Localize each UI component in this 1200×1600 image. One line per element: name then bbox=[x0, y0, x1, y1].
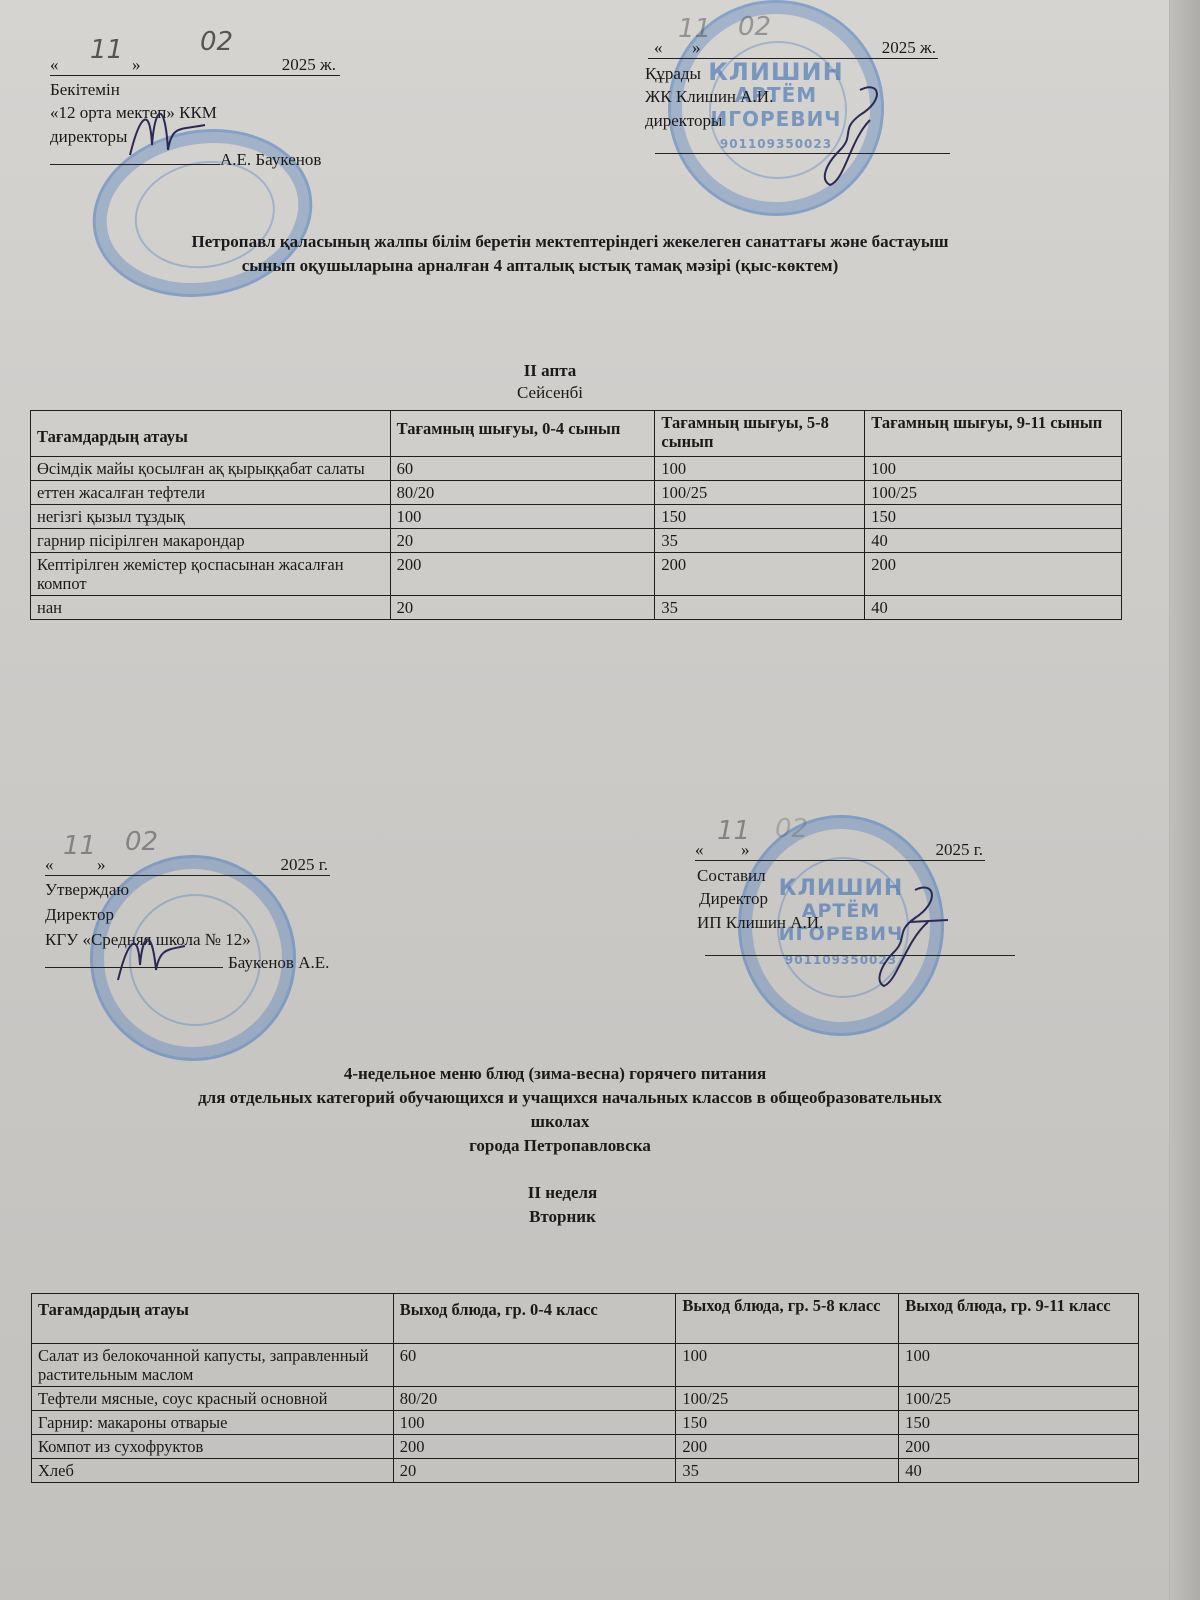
kz-right-date-month: 02 bbox=[738, 18, 771, 37]
ru-left-signatory: Баукенов А.Е. bbox=[228, 953, 329, 972]
signature-icon bbox=[800, 80, 890, 190]
kz-header-grade-0-4: Тағамның шығуы, 0-4 сынып bbox=[390, 411, 655, 457]
table-row: Өсімдік майы қосылған ақ қырыққабат сала… bbox=[31, 457, 1122, 481]
ru-right-entrepreneur: ИП Клишин А.И. bbox=[697, 913, 823, 932]
kz-right-position: директоры bbox=[645, 111, 722, 130]
ru-left-date-line: « 11 » 02 2025 г. bbox=[45, 855, 330, 876]
ru-header-grade-5-8: Выход блюда, гр. 5-8 класс bbox=[676, 1294, 899, 1344]
table-row: Гарнир: макароны отварые100150150 bbox=[32, 1411, 1139, 1435]
ru-header-grade-0-4: Выход блюда, гр. 0-4 класс bbox=[393, 1294, 676, 1344]
table-row: Хлеб203540 bbox=[32, 1459, 1139, 1483]
ru-left-date-year: 2025 г. bbox=[280, 855, 328, 874]
kz-right-date-year: 2025 ж. bbox=[882, 38, 936, 57]
kz-left-signatory: А.Е. Баукенов bbox=[220, 150, 321, 169]
kz-left-position: директоры bbox=[50, 127, 127, 146]
ru-right-compiled-label: Составил bbox=[697, 866, 766, 885]
ru-header-grade-9-11: Выход блюда, гр. 9-11 класс bbox=[899, 1294, 1139, 1344]
ru-menu-title-line1: 4-недельное меню блюд (зима-весна) горяч… bbox=[0, 1063, 1110, 1085]
kz-right-date-line: « 11 » 02 2025 ж. bbox=[648, 38, 938, 59]
kz-right-entrepreneur: ЖК Клишин А.И. bbox=[645, 87, 773, 106]
ru-right-date-line: « 11 » 02 2025 г. bbox=[695, 840, 985, 861]
ru-left-date-month: 02 bbox=[125, 833, 158, 852]
kz-table-header-row: Тағамдардың атауы Тағамның шығуы, 0-4 сы… bbox=[31, 411, 1122, 457]
table-row: Компот из сухофруктов200200200 bbox=[32, 1435, 1139, 1459]
signature-icon bbox=[110, 920, 190, 990]
kz-header-dish: Тағамдардың атауы bbox=[31, 411, 391, 457]
table-row: Кептірілген жемістер қоспасынан жасалған… bbox=[31, 553, 1122, 596]
kz-week-label: II апта bbox=[0, 360, 1100, 382]
kz-menu-title-line1: Петропавл қаласының жалпы білім беретін … bbox=[40, 231, 1100, 253]
ru-menu-table: Тағамдардың атауы Выход блюда, гр. 0-4 к… bbox=[31, 1293, 1139, 1483]
ru-left-approve-label: Утверждаю bbox=[45, 880, 129, 899]
kz-left-date-day: 11 bbox=[90, 41, 123, 60]
ru-header-dish: Тағамдардың атауы bbox=[32, 1294, 394, 1344]
kz-right-compiled-label: Құрады bbox=[645, 64, 701, 83]
ru-right-date-month: 02 bbox=[775, 820, 808, 839]
kz-menu-table: Тағамдардың атауы Тағамның шығуы, 0-4 сы… bbox=[30, 410, 1122, 620]
table-row: гарнир пісірілген макарондар203540 bbox=[31, 529, 1122, 553]
kz-left-date-line: «11» 02 2025 ж. bbox=[50, 55, 340, 76]
kz-left-date-year: 2025 ж. bbox=[282, 55, 336, 74]
table-row: Тефтели мясные, соус красный основной80/… bbox=[32, 1387, 1139, 1411]
page-edge bbox=[1169, 0, 1200, 1600]
ru-menu-title-line4: города Петропавловска bbox=[0, 1135, 1120, 1157]
kz-menu-title-line2: сынып оқушыларына арналған 4 апталық ыст… bbox=[0, 255, 1080, 277]
kz-left-date-month: 02 bbox=[200, 33, 233, 52]
ru-left-date-day: 11 bbox=[63, 837, 96, 856]
signature-icon bbox=[850, 880, 950, 990]
ru-day-label: Вторник bbox=[0, 1206, 1125, 1228]
ru-left-position: Директор bbox=[45, 905, 114, 924]
table-row: Салат из белокочанной капусты, заправлен… bbox=[32, 1344, 1139, 1387]
ru-right-position: Директор bbox=[699, 889, 768, 908]
kz-day-label: Сейсенбі bbox=[0, 382, 1100, 404]
kz-header-grade-9-11: Тағамның шығуы, 9-11 сынып bbox=[865, 411, 1122, 457]
kz-left-approve-label: Бекітемін bbox=[50, 80, 120, 99]
table-row: негізгі қызыл тұздық100150150 bbox=[31, 505, 1122, 529]
ru-menu-title-line2: для отдельных категорий обучающихся и уч… bbox=[0, 1087, 1140, 1109]
table-row: нан203540 bbox=[31, 596, 1122, 620]
ru-right-date-year: 2025 г. bbox=[935, 840, 983, 859]
ru-menu-title-line3: школах bbox=[0, 1111, 1120, 1133]
table-row: еттен жасалған тефтели80/20100/25100/25 bbox=[31, 481, 1122, 505]
ru-week-label: II неделя bbox=[0, 1182, 1125, 1204]
ru-right-date-day: 11 bbox=[717, 822, 750, 841]
ru-table-header-row: Тағамдардың атауы Выход блюда, гр. 0-4 к… bbox=[32, 1294, 1139, 1344]
kz-header-grade-5-8: Тағамның шығуы, 5-8 сынып bbox=[655, 411, 865, 457]
kz-right-date-day: 11 bbox=[678, 20, 711, 39]
signature-icon bbox=[120, 95, 210, 170]
